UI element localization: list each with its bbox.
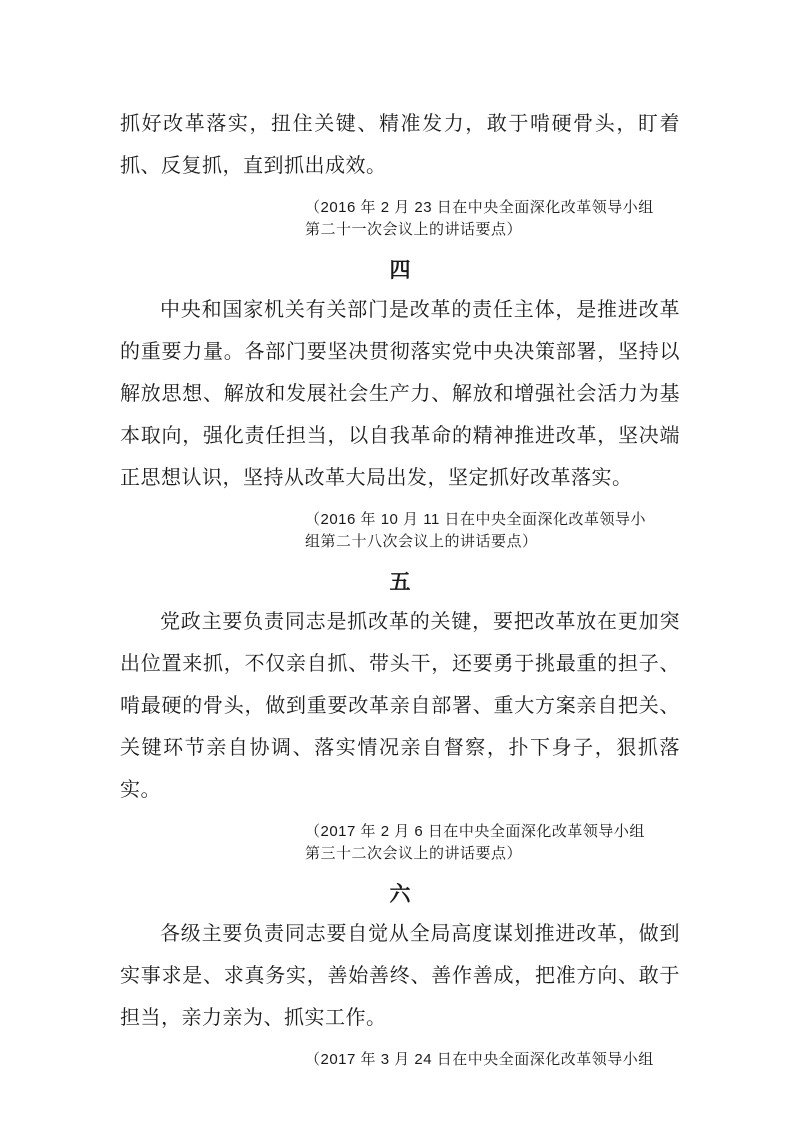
citation-line: （2016 年 2 月 23 日在中央全面深化改革领导小组 — [305, 197, 680, 219]
continued-paragraph: 抓好改革落实，扭住关键、精准发力，敢于啃硬骨头，盯着抓、反复抓，直到抓出成效。 — [120, 103, 680, 187]
speech-citation-trailing: （2017 年 3 月 24 日在中央全面深化改革领导小组 — [305, 1049, 680, 1071]
document-page: 抓好改革落实，扭住关键、精准发力，敢于啃硬骨头，盯着抓、反复抓，直到抓出成效。 … — [0, 0, 800, 1130]
body-paragraph-six: 各级主要负责同志要自觉从全局高度谋划推进改革，做到实事求是、求真务实，善始善终、… — [120, 913, 680, 1039]
section-heading-six: 六 — [120, 877, 680, 913]
citation-line: 第二十一次会议上的讲话要点） — [305, 219, 680, 241]
body-paragraph-four: 中央和国家机关有关部门是改革的责任主体，是推进改革的重要力量。各部门要坚决贯彻落… — [120, 289, 680, 499]
section-heading-four: 四 — [120, 253, 680, 289]
citation-line: 第三十二次会议上的讲话要点） — [305, 843, 680, 865]
citation-line: （2016 年 10 月 11 日在中央全面深化改革领导小 — [305, 509, 680, 531]
speech-citation: （2017 年 2 月 6 日在中央全面深化改革领导小组 第三十二次会议上的讲话… — [305, 821, 680, 865]
citation-line: （2017 年 3 月 24 日在中央全面深化改革领导小组 — [305, 1049, 680, 1071]
citation-line: （2017 年 2 月 6 日在中央全面深化改革领导小组 — [305, 821, 680, 843]
speech-citation: （2016 年 2 月 23 日在中央全面深化改革领导小组 第二十一次会议上的讲… — [305, 197, 680, 241]
speech-citation: （2016 年 10 月 11 日在中央全面深化改革领导小 组第二十八次会议上的… — [305, 509, 680, 553]
citation-line: 组第二十八次会议上的讲话要点） — [305, 531, 680, 553]
body-paragraph-five: 党政主要负责同志是抓改革的关键，要把改革放在更加突出位置来抓，不仅亲自抓、带头干… — [120, 601, 680, 811]
section-heading-five: 五 — [120, 565, 680, 601]
